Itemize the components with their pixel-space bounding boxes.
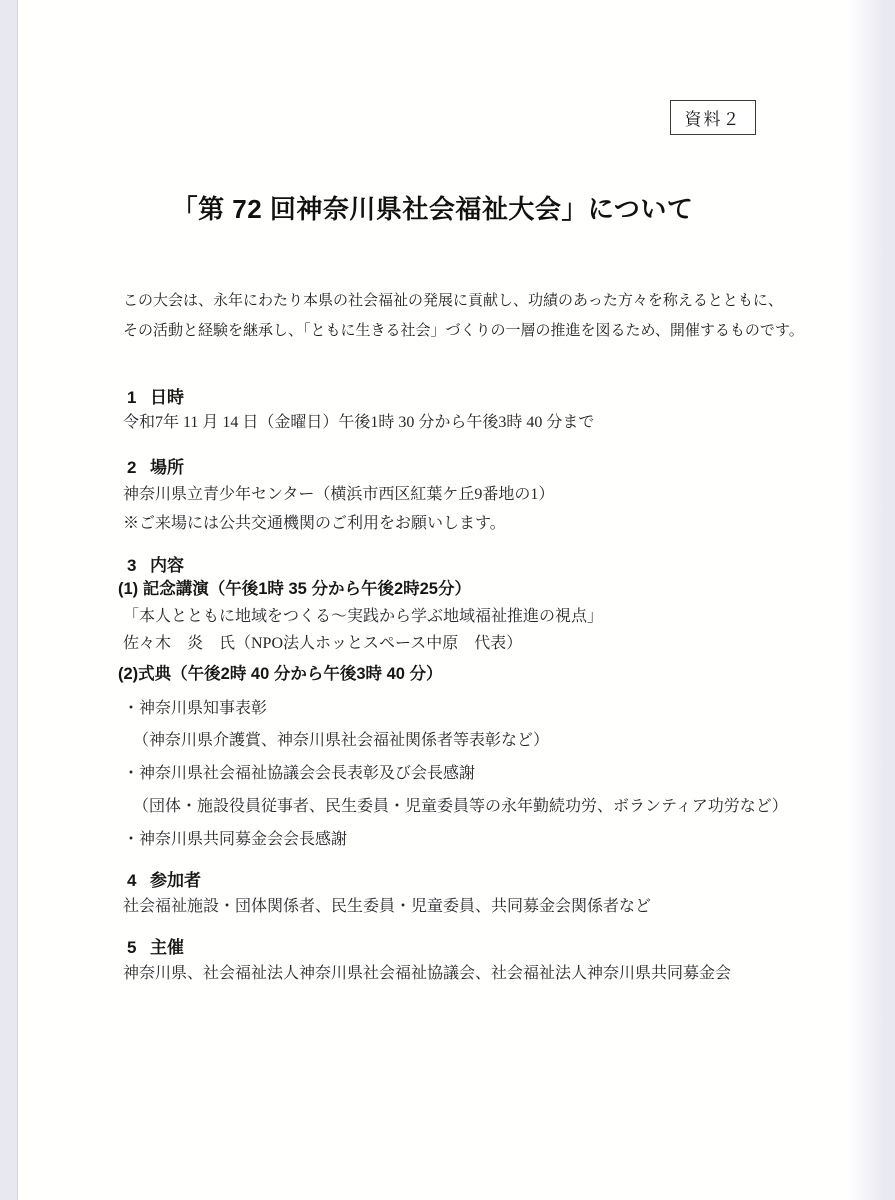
doc-reference-label: 資料２ bbox=[685, 105, 742, 130]
lecture-title: 「本人とともに地域をつくる～実践から学ぶ地域福祉推進の視点」 bbox=[123, 603, 603, 626]
section-4-participants: 社会福祉施設・団体関係者、民生委員・児童委員、共同募金会関係者など bbox=[123, 893, 651, 916]
lecturer-name: 佐々木 炎 氏（NPO法人ホッとスペース中原 代表） bbox=[123, 630, 522, 653]
section-2-number: 2 bbox=[127, 458, 150, 478]
section-2-title: 場所 bbox=[150, 458, 184, 477]
left-margin-shade bbox=[0, 0, 18, 1200]
section-4-heading: 4参加者 bbox=[127, 866, 201, 891]
document-page: 資料２ 「第 72 回神奈川県社会福祉大会」について この大会は、永年にわたり本… bbox=[0, 0, 895, 1200]
section-3-title: 内容 bbox=[150, 556, 184, 575]
section-3-item-2-ceremony-heading: (2)式典（午後2時 40 分から午後3時 40 分） bbox=[118, 660, 443, 684]
award-community-chest-thanks: ・神奈川県共同募金会会長感謝 bbox=[123, 826, 347, 849]
intro-paragraph: この大会は、永年にわたり本県の社会福祉の発展に貢献し、功績のあった方々を称えると… bbox=[123, 286, 804, 345]
award-council-chair-commendation: ・神奈川県社会福祉協議会会長表彰及び会長感謝 bbox=[123, 760, 475, 783]
award-governor-detail: （神奈川県介護賞、神奈川県社会福祉関係者等表彰など） bbox=[133, 727, 549, 750]
section-3-item-1-lecture-heading: (1) 記念講演（午後1時 35 分から午後2時25分） bbox=[118, 575, 471, 599]
intro-line-1: この大会は、永年にわたり本県の社会福祉の発展に貢献し、功績のあった方々を称えると… bbox=[123, 286, 804, 316]
right-margin-shade bbox=[848, 0, 895, 1200]
section-4-number: 4 bbox=[127, 871, 150, 891]
section-5-organizers: 神奈川県、社会福祉法人神奈川県社会福祉協議会、社会福祉法人神奈川県共同募金会 bbox=[123, 960, 731, 983]
section-1-number: 1 bbox=[127, 388, 150, 408]
doc-reference-box: 資料２ bbox=[670, 100, 756, 135]
section-2-venue: 神奈川県立青少年センター（横浜市西区紅葉ケ丘9番地の1） bbox=[123, 481, 554, 504]
intro-line-2: その活動と経験を継承し、「ともに生きる社会」づくりの一層の推進を図るため、開催す… bbox=[123, 316, 804, 346]
award-governor-commendation: ・神奈川県知事表彰 bbox=[123, 695, 267, 718]
page-title: 「第 72 回神奈川県社会福祉大会」について bbox=[17, 189, 848, 226]
section-3-heading: 3内容 bbox=[127, 551, 184, 576]
section-5-heading: 5主催 bbox=[127, 933, 184, 958]
section-1-title: 日時 bbox=[150, 388, 184, 407]
section-3-number: 3 bbox=[127, 556, 150, 576]
section-5-title: 主催 bbox=[150, 938, 184, 957]
section-1-heading: 1日時 bbox=[127, 383, 184, 408]
section-5-number: 5 bbox=[127, 938, 150, 958]
section-4-title: 参加者 bbox=[150, 871, 201, 890]
section-2-heading: 2場所 bbox=[127, 453, 184, 478]
section-2-transport-note: ※ご来場には公共交通機関のご利用をお願いします。 bbox=[123, 510, 506, 533]
award-council-chair-detail: （団体・施設役員従事者、民生委員・児童委員等の永年勤続功労、ボランティア功労など… bbox=[133, 793, 788, 816]
section-1-datetime: 令和7年 11 月 14 日（金曜日）午後1時 30 分から午後3時 40 分ま… bbox=[123, 409, 594, 432]
